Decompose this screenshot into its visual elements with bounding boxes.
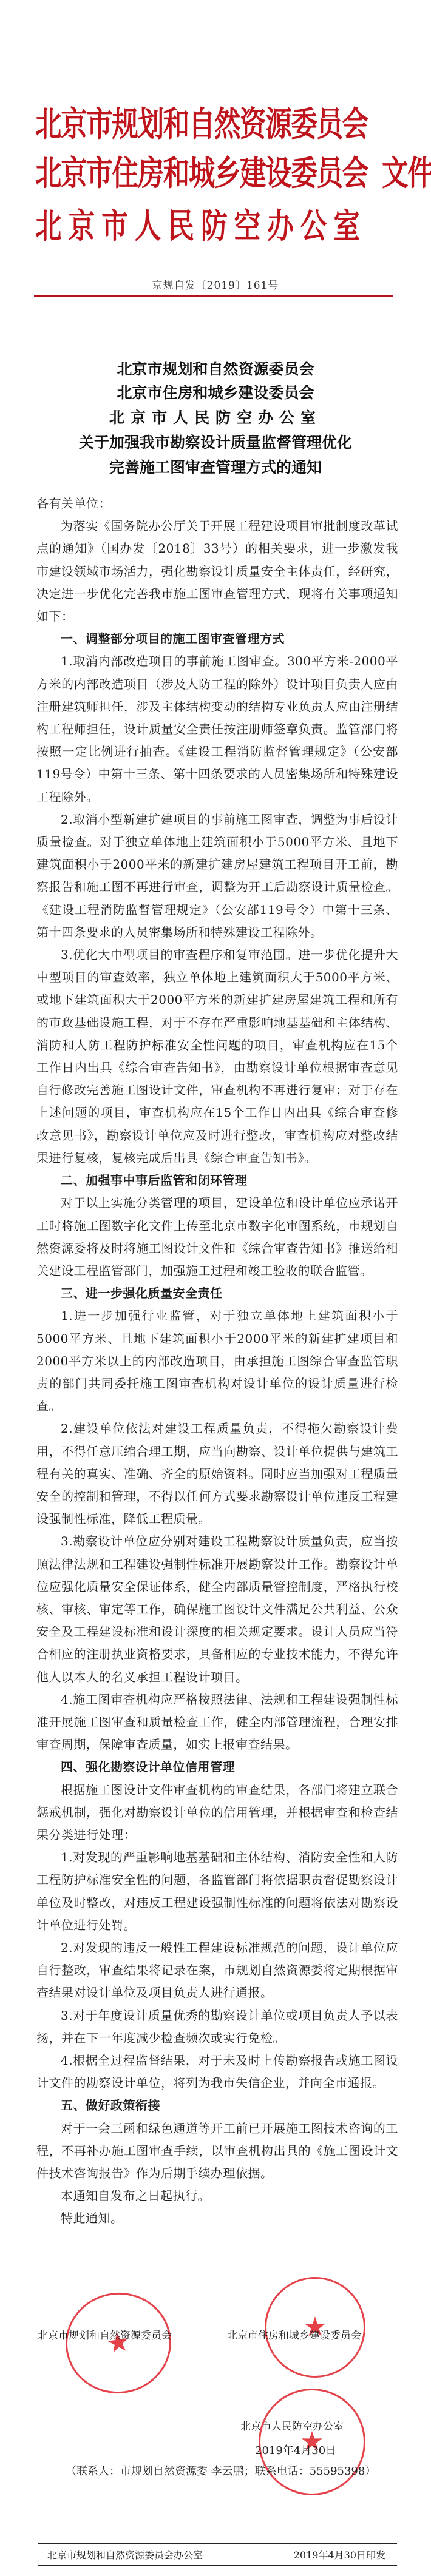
red-divider	[34, 295, 393, 297]
paragraph: 1.进一步加强行业监管，对于独立单体地上建筑面积小于5000平方米、且地下建筑面…	[36, 1305, 398, 1417]
header-file-label: 文件	[382, 153, 431, 193]
paragraph: 4.施工图审查机构应严格按照法律、法规和工程建设强制性标准开展施工图审查和质量检…	[36, 1689, 398, 1757]
header-org-2-text: 北京市住房和城乡建设委员会	[35, 153, 368, 193]
paragraph: 根据施工图设计文件审查机构的审查结果，各部门将建立联合惩戒机制，强化对勘察设计单…	[36, 1779, 398, 1847]
footer-issuer: 北京市规划和自然资源委员会办公室	[47, 2547, 203, 2561]
paragraph: 2.取消小型新建扩建项目的事前施工图审查，调整为事后设计质量检查。对于独立单体地…	[36, 809, 398, 944]
header-org-2: 北京市住房和城乡建设委员会文件	[35, 153, 431, 193]
paragraph: 3.勘察设计单位应分别对建设工程勘察设计质量负责，应当按照法律法规和工程建设强制…	[36, 1530, 398, 1688]
section-heading-3: 三、进一步强化质量安全责任	[36, 1282, 398, 1305]
document-number: 京规自发〔2019〕161号	[0, 277, 431, 292]
paragraph: 2.对发现的违反一般性工程建设标准规范的问题，设计单位应自行整改，审查结果将记录…	[36, 1937, 398, 2005]
paragraph: 3.优化大中型项目的审查程序和复审范围。进一步优化提升大中型项目的审查效率，独立…	[36, 944, 398, 1169]
official-seal-planning: ★	[59, 2286, 177, 2401]
signature-org-3: 北京市人民防空办公室	[240, 2418, 344, 2433]
paragraph: 1.取消内部改造项目的事前施工图审查。300平方米-2000平方米的内部改造项目…	[36, 650, 398, 808]
closing-line-1: 本通知自发布之日起执行。	[36, 2185, 398, 2207]
signature-org-2: 北京市住房和城乡建设委员会	[227, 2327, 361, 2342]
paragraph: 2.建设单位依法对建设工程质量负责，不得拖欠勘察设计费用，不得任意压缩合理工期，…	[36, 1417, 398, 1530]
signature-org-1: 北京市规划和自然资源委员会	[38, 2327, 172, 2342]
section-heading-5: 五、做好政策衔接	[36, 2094, 398, 2117]
paragraph: 1.对发现的严重影响地基基础和主体结构、消防安全性和人防工程防护标准安全性的问题…	[36, 1846, 398, 1937]
title-line-4: 关于加强我市勘察设计质量监督管理优化	[0, 430, 431, 455]
document-page: 北京市规划和自然资源委员会 北京市住房和城乡建设委员会文件 北京市人民防空办公室…	[0, 0, 431, 2576]
section-heading-1: 一、调整部分项目的施工图审查管理方式	[36, 628, 398, 650]
paragraph: 3.对于年度设计质量优秀的勘察设计单位或项目负责人予以表扬，并在下一年度减少检查…	[36, 2005, 398, 2050]
title-line-5: 完善施工图审查管理方式的通知	[0, 455, 431, 480]
paragraph: 对于以上实施分类管理的项目，建设单位和设计单位应承诺开工时将施工图数字化文件上传…	[36, 1192, 398, 1282]
header-org-1: 北京市规划和自然资源委员会	[35, 104, 368, 144]
section-heading-4: 四、强化勘察设计单位信用管理	[36, 1756, 398, 1778]
salutation: 各有关单位：	[36, 493, 398, 515]
footer-issue-date: 2019年4月30日印发	[294, 2547, 385, 2561]
section-heading-2: 二、加强事中事后监管和闭环管理	[36, 1169, 398, 1192]
document-body: 各有关单位： 为落实《国务院办公厅关于开展工程建设项目审批制度改革试点的通知》（…	[36, 493, 398, 2230]
paragraph: 对于一会三函和绿色通道等开工前已开展施工图技术咨询的工程，不再补办施工图审查手续…	[36, 2117, 398, 2185]
closing-line-2: 特此通知。	[36, 2207, 398, 2230]
seals-area: ★ ★ ★	[0, 2275, 431, 2457]
title-line-2: 北京市住房和城乡建设委员会	[0, 380, 431, 405]
title-line-1: 北京市规划和自然资源委员会	[0, 357, 431, 382]
footer-rule-bottom	[38, 2565, 397, 2566]
footer-rule-top	[38, 2543, 397, 2544]
signature-date: 2019年4月30日	[255, 2442, 336, 2458]
contact-info: （联系人：市规划自然资源委 李云鹏；联系电话：55595398）	[66, 2463, 376, 2478]
paragraph: 4.根据全过程监督结果，对于未及时上传勘察报告或施工图设计文件的勘察设计单位，将…	[36, 2050, 398, 2094]
intro-paragraph: 为落实《国务院办公厅关于开展工程建设项目审批制度改革试点的通知》（国办发〔201…	[36, 515, 398, 628]
title-line-3: 北京市人民防空办公室	[0, 405, 431, 430]
header-org-3: 北京市人民防空办公室	[35, 206, 367, 246]
